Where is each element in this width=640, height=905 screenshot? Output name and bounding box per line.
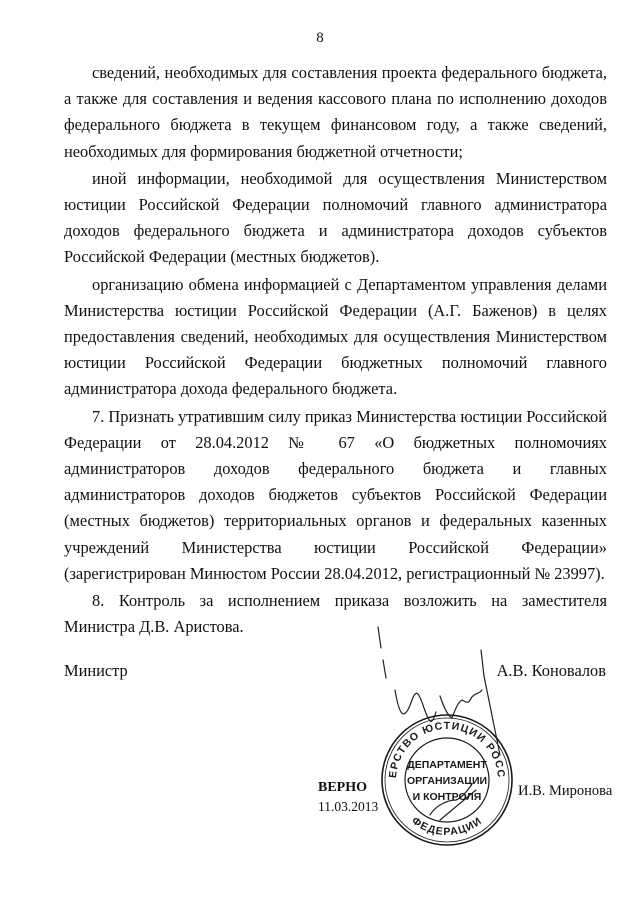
- certification-label: ВЕРНО: [318, 780, 367, 796]
- document-body: сведений, необходимых для составления пр…: [64, 60, 607, 640]
- official-stamp-icon: [382, 715, 512, 845]
- svg-text:ОРГАНИЗАЦИИ: ОРГАНИЗАЦИИ: [407, 775, 487, 787]
- paragraph-exchange: организацию обмена информацией с Департа…: [64, 272, 607, 403]
- paragraph-item-7: 7. Признать утратившим силу приказ Минис…: [64, 404, 607, 587]
- certification-date: 11.03.2013: [318, 799, 378, 815]
- paragraph-item-8: 8. Контроль за исполнением приказа возло…: [64, 588, 607, 640]
- svg-text:ФЕДЕРАЦИИ: ФЕДЕРАЦИИ: [409, 815, 484, 838]
- svg-text:И КОНТРОЛЯ: И КОНТРОЛЯ: [413, 791, 482, 803]
- signatory-title: Министр: [64, 661, 128, 681]
- page-number: 8: [0, 30, 640, 47]
- svg-text:ДЕПАРТАМЕНТ: ДЕПАРТАМЕНТ: [407, 759, 487, 771]
- paragraph-budget-info: сведений, необходимых для составления пр…: [64, 60, 607, 165]
- handwritten-signature-icon: [378, 627, 500, 820]
- signatory-name: А.В. Коновалов: [497, 661, 606, 681]
- certifier-name: И.В. Миронова: [518, 783, 612, 800]
- paragraph-other-info: иной информации, необходимой для осущест…: [64, 166, 607, 271]
